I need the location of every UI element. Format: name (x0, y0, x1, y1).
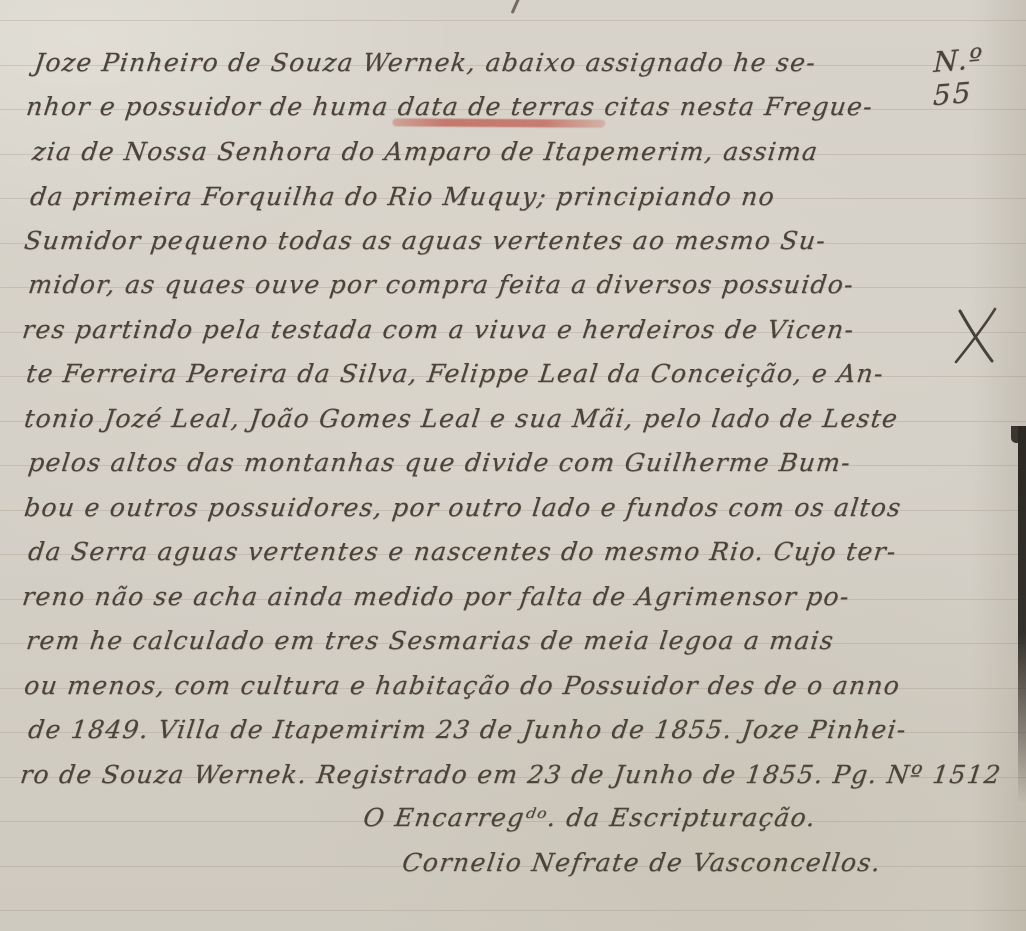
manuscript-line: tonio Jozé Leal, João Gomes Leal e sua M… (22, 402, 1016, 438)
manuscript-line: reno não se acha ainda medido por falta … (20, 580, 1014, 616)
manuscript-line: da primeira Forquilha do Rio Muquy; prin… (28, 180, 1022, 216)
manuscript-line: midor, as quaes ouve por compra feita a … (26, 268, 1020, 304)
manuscript-line: nhor e possuidor de huma data de terras … (24, 90, 1018, 126)
manuscript-line: ro de Souza Wernek. Registrado em 23 de … (18, 758, 1012, 794)
manuscript-line: da Serra aguas vertentes e nascentes do … (26, 535, 1020, 571)
manuscript-line: res partindo pela testada com a viuva e … (20, 313, 1014, 349)
red-underlined-phrase: data de terras (396, 92, 597, 121)
manuscript-line: bou e outros possuidores, por outro lado… (22, 491, 1016, 527)
manuscript-line: rem he calculado em tres Sesmarias de me… (24, 624, 1018, 660)
manuscript-line: de 1849. Villa de Itapemirim 23 de Junho… (26, 713, 1020, 749)
manuscript-page: Joze Pinheiro de Souza Wernek, abaixo as… (0, 0, 1026, 931)
manuscript-line: pelos altos das montanhas que divide com… (26, 446, 1020, 482)
line-text-pre: nhor e possuidor de huma (25, 92, 400, 121)
line-text-post: citas nesta Fregue- (594, 92, 875, 121)
manuscript-line: Joze Pinheiro de Souza Wernek, abaixo as… (32, 46, 1026, 82)
ruled-line (0, 20, 1026, 21)
manuscript-line: te Ferreira Pereira da Silva, Felippe Le… (24, 357, 1018, 393)
signature-name-line: Cornelio Nefrate de Vasconcellos. (370, 848, 914, 877)
manuscript-line: zia de Nossa Senhora do Amparo de Itapem… (30, 135, 1024, 171)
page-edge-shadow (1018, 426, 1026, 804)
stray-pen-stroke (511, 0, 521, 14)
signature-role-line: O Encarregᵈᵒ. da Escripturação. (328, 803, 852, 832)
manuscript-line: ou menos, com cultura e habitação do Pos… (22, 669, 1016, 705)
manuscript-line: Sumidor pequeno todas as aguas vertentes… (22, 224, 1016, 260)
ruled-line (0, 910, 1026, 911)
